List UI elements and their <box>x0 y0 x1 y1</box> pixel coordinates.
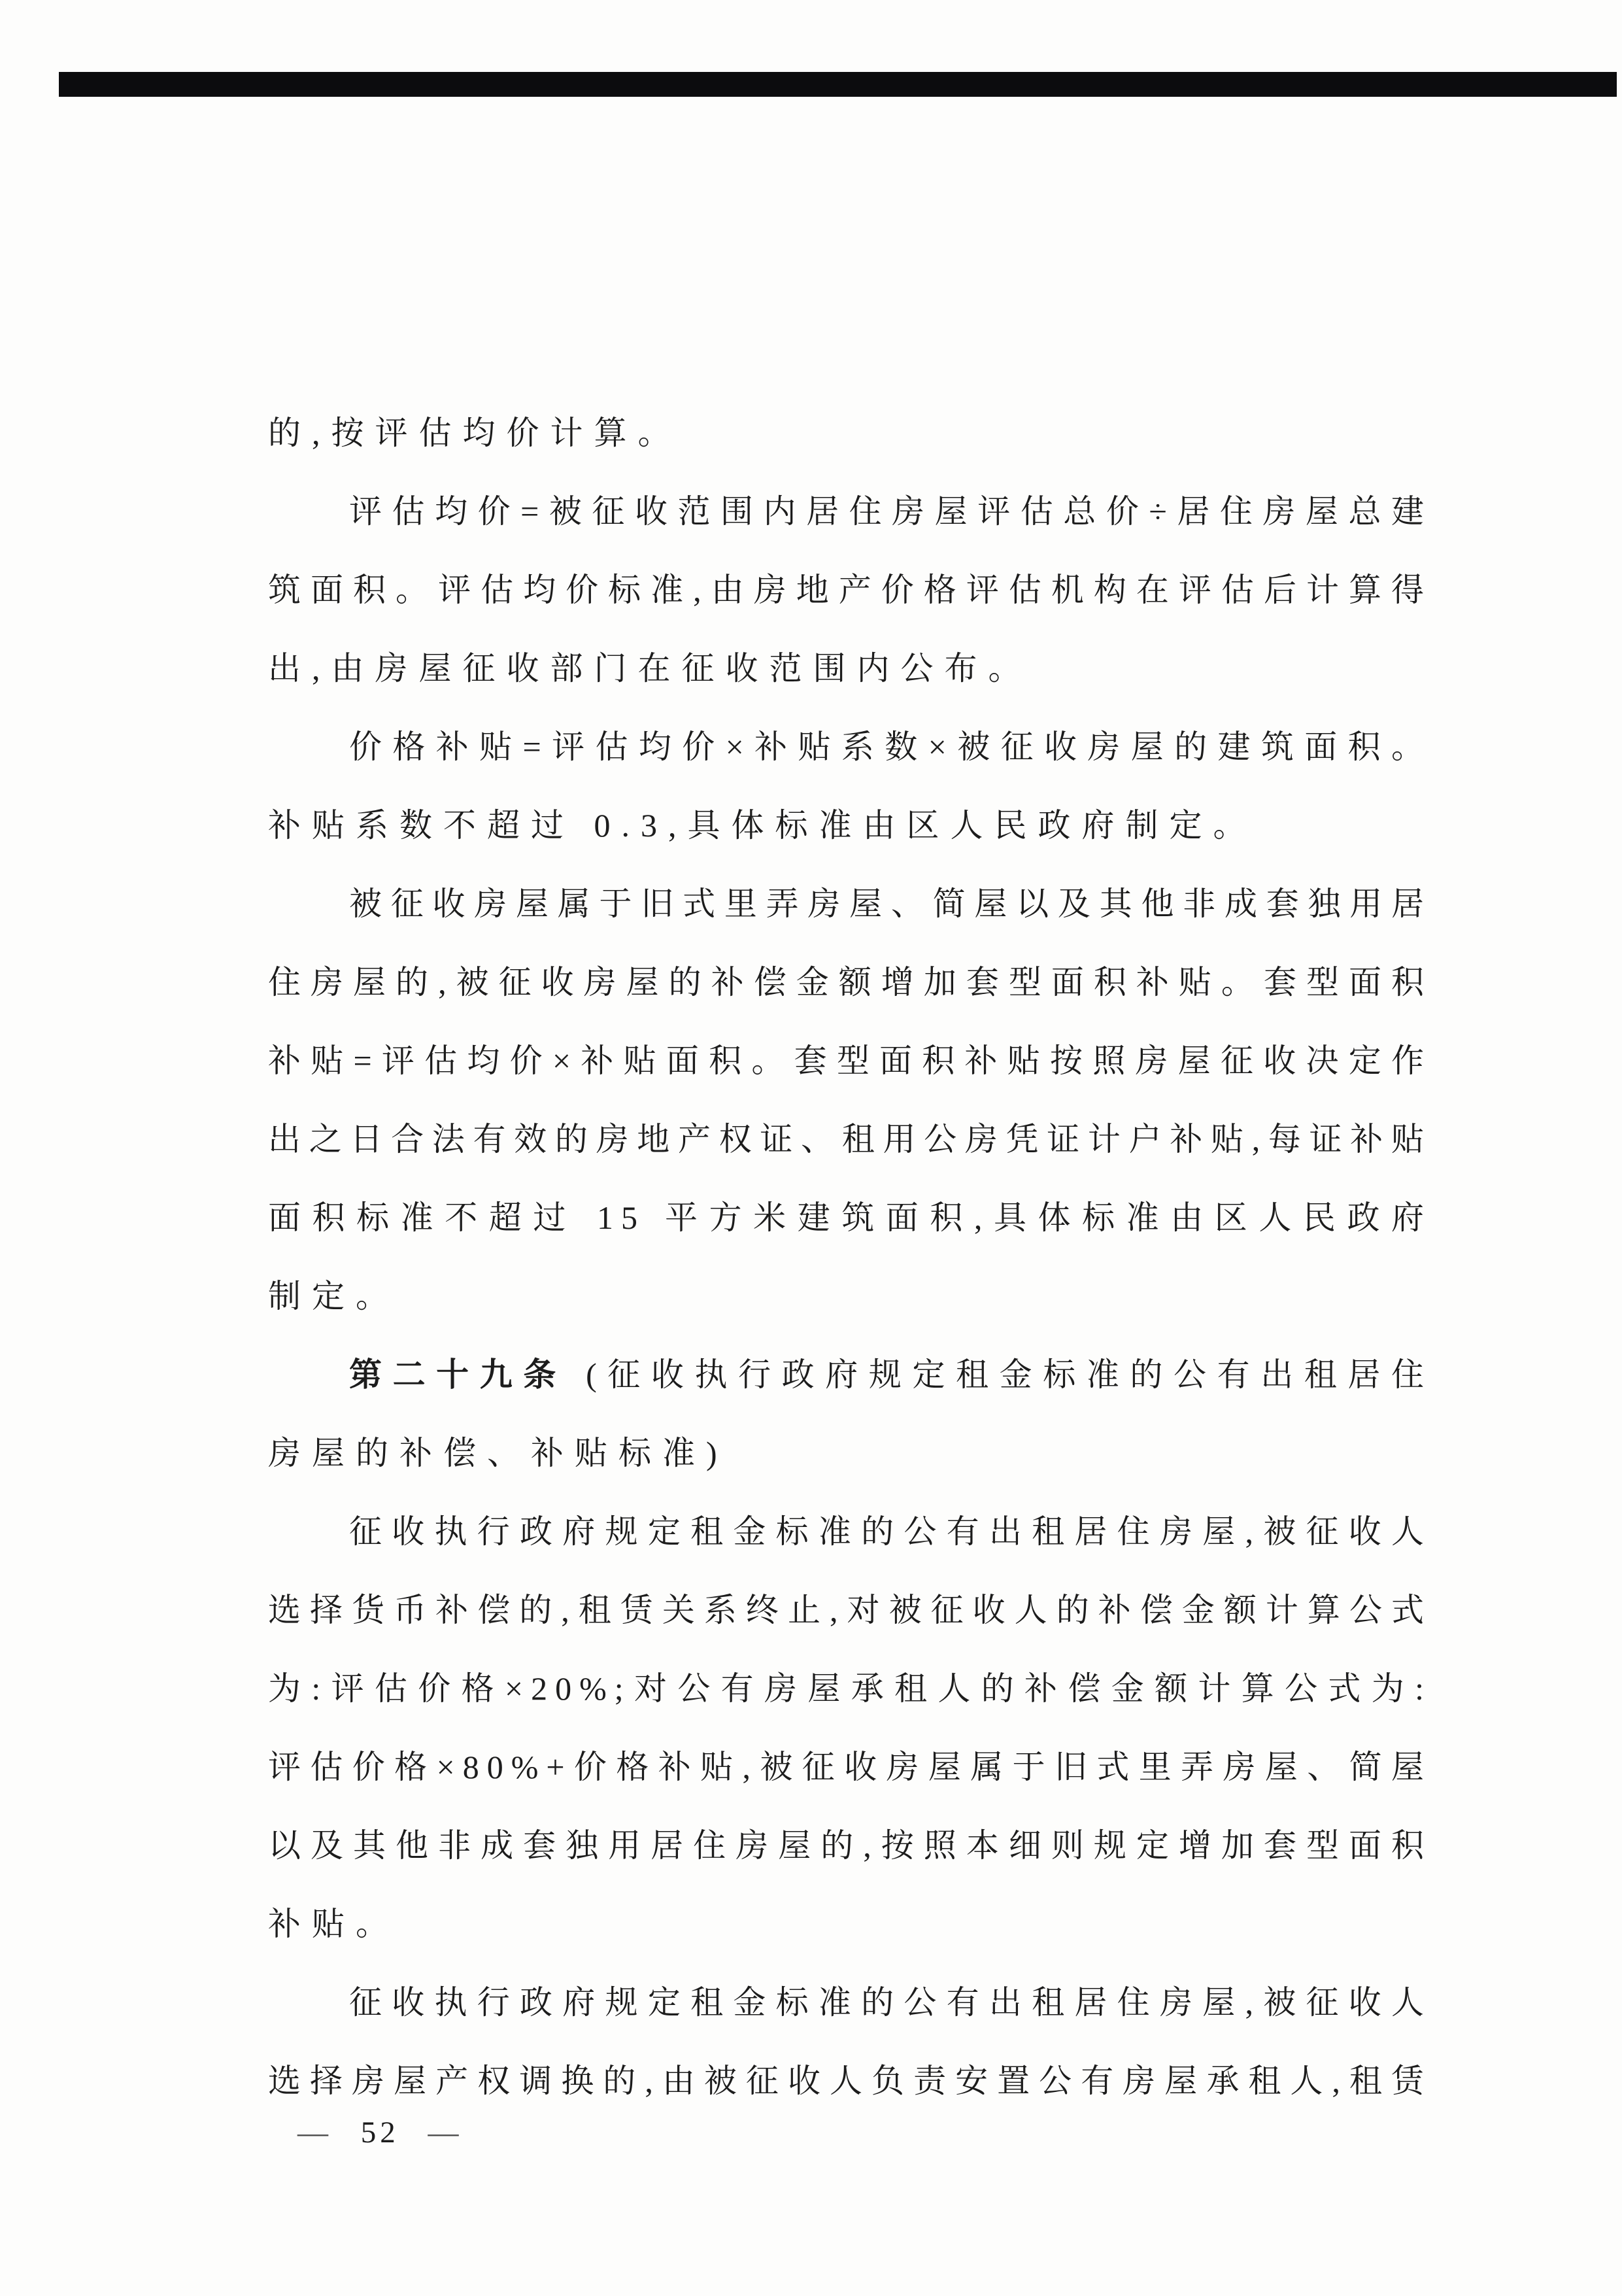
page-number: 52 <box>361 2116 399 2150</box>
text-line: 征收执行政府规定租金标准的公有出租居住房屋,被征收人 <box>268 1963 1432 2042</box>
text-line: 补贴系数不超过 0.3,具体标准由区人民政府制定。 <box>268 786 1432 865</box>
text-line: 评估价格×80%+价格补贴,被征收房屋属于旧式里弄房屋、简屋 <box>268 1728 1432 1806</box>
text-line: 房屋的补偿、补贴标准) <box>268 1414 1432 1492</box>
text-line: 出之日合法有效的房地产权证、租用公房凭证计户补贴,每证补贴 <box>268 1100 1432 1178</box>
article-title: (征收执行政府规定租金标准的公有出租居住 <box>567 1356 1432 1393</box>
text-line: 补贴=评估均价×补贴面积。套型面积补贴按照房屋征收决定作 <box>268 1021 1432 1100</box>
text-line: 面积标准不超过 15 平方米建筑面积,具体标准由区人民政府 <box>268 1178 1432 1257</box>
top-rule <box>59 72 1617 97</box>
text-line: 价格补贴=评估均价×补贴系数×被征收房屋的建筑面积。 <box>268 708 1432 786</box>
text-line: 第二十九条 (征收执行政府规定租金标准的公有出租居住 <box>268 1335 1432 1414</box>
text-line: 以及其他非成套独用居住房屋的,按照本细则规定增加套型面积 <box>268 1806 1432 1885</box>
footer-dash-left: — <box>297 2116 332 2150</box>
text-line: 的,按评估均价计算。 <box>268 394 1432 472</box>
page-footer: — 52 — <box>297 2110 463 2155</box>
text-line: 补贴。 <box>268 1885 1432 1963</box>
text-line: 出,由房屋征收部门在征收范围内公布。 <box>268 629 1432 708</box>
text-line: 为:评估价格×20%;对公有房屋承租人的补偿金额计算公式为: <box>268 1649 1432 1728</box>
text-line: 选择房屋产权调换的,由被征收人负责安置公有房屋承租人,租赁 <box>268 2042 1432 2120</box>
text-line: 筑面积。评估均价标准,由房地产价格评估机构在评估后计算得 <box>268 551 1432 629</box>
text-line: 选择货币补偿的,租赁关系终止,对被征收人的补偿金额计算公式 <box>268 1571 1432 1649</box>
text-line: 被征收房屋属于旧式里弄房屋、简屋以及其他非成套独用居 <box>268 865 1432 943</box>
text-line: 征收执行政府规定租金标准的公有出租居住房屋,被征收人 <box>268 1492 1432 1571</box>
text-line: 住房屋的,被征收房屋的补偿金额增加套型面积补贴。套型面积 <box>268 943 1432 1021</box>
document-body: 的,按评估均价计算。 评估均价=被征收范围内居住房屋评估总价÷居住房屋总建 筑面… <box>268 394 1432 2120</box>
text-line: 评估均价=被征收范围内居住房屋评估总价÷居住房屋总建 <box>268 472 1432 551</box>
text-line: 制定。 <box>268 1257 1432 1335</box>
page: 的,按评估均价计算。 评估均价=被征收范围内居住房屋评估总价÷居住房屋总建 筑面… <box>0 0 1622 2296</box>
footer-dash-right: — <box>428 2116 463 2150</box>
article-number: 第二十九条 <box>349 1356 567 1393</box>
